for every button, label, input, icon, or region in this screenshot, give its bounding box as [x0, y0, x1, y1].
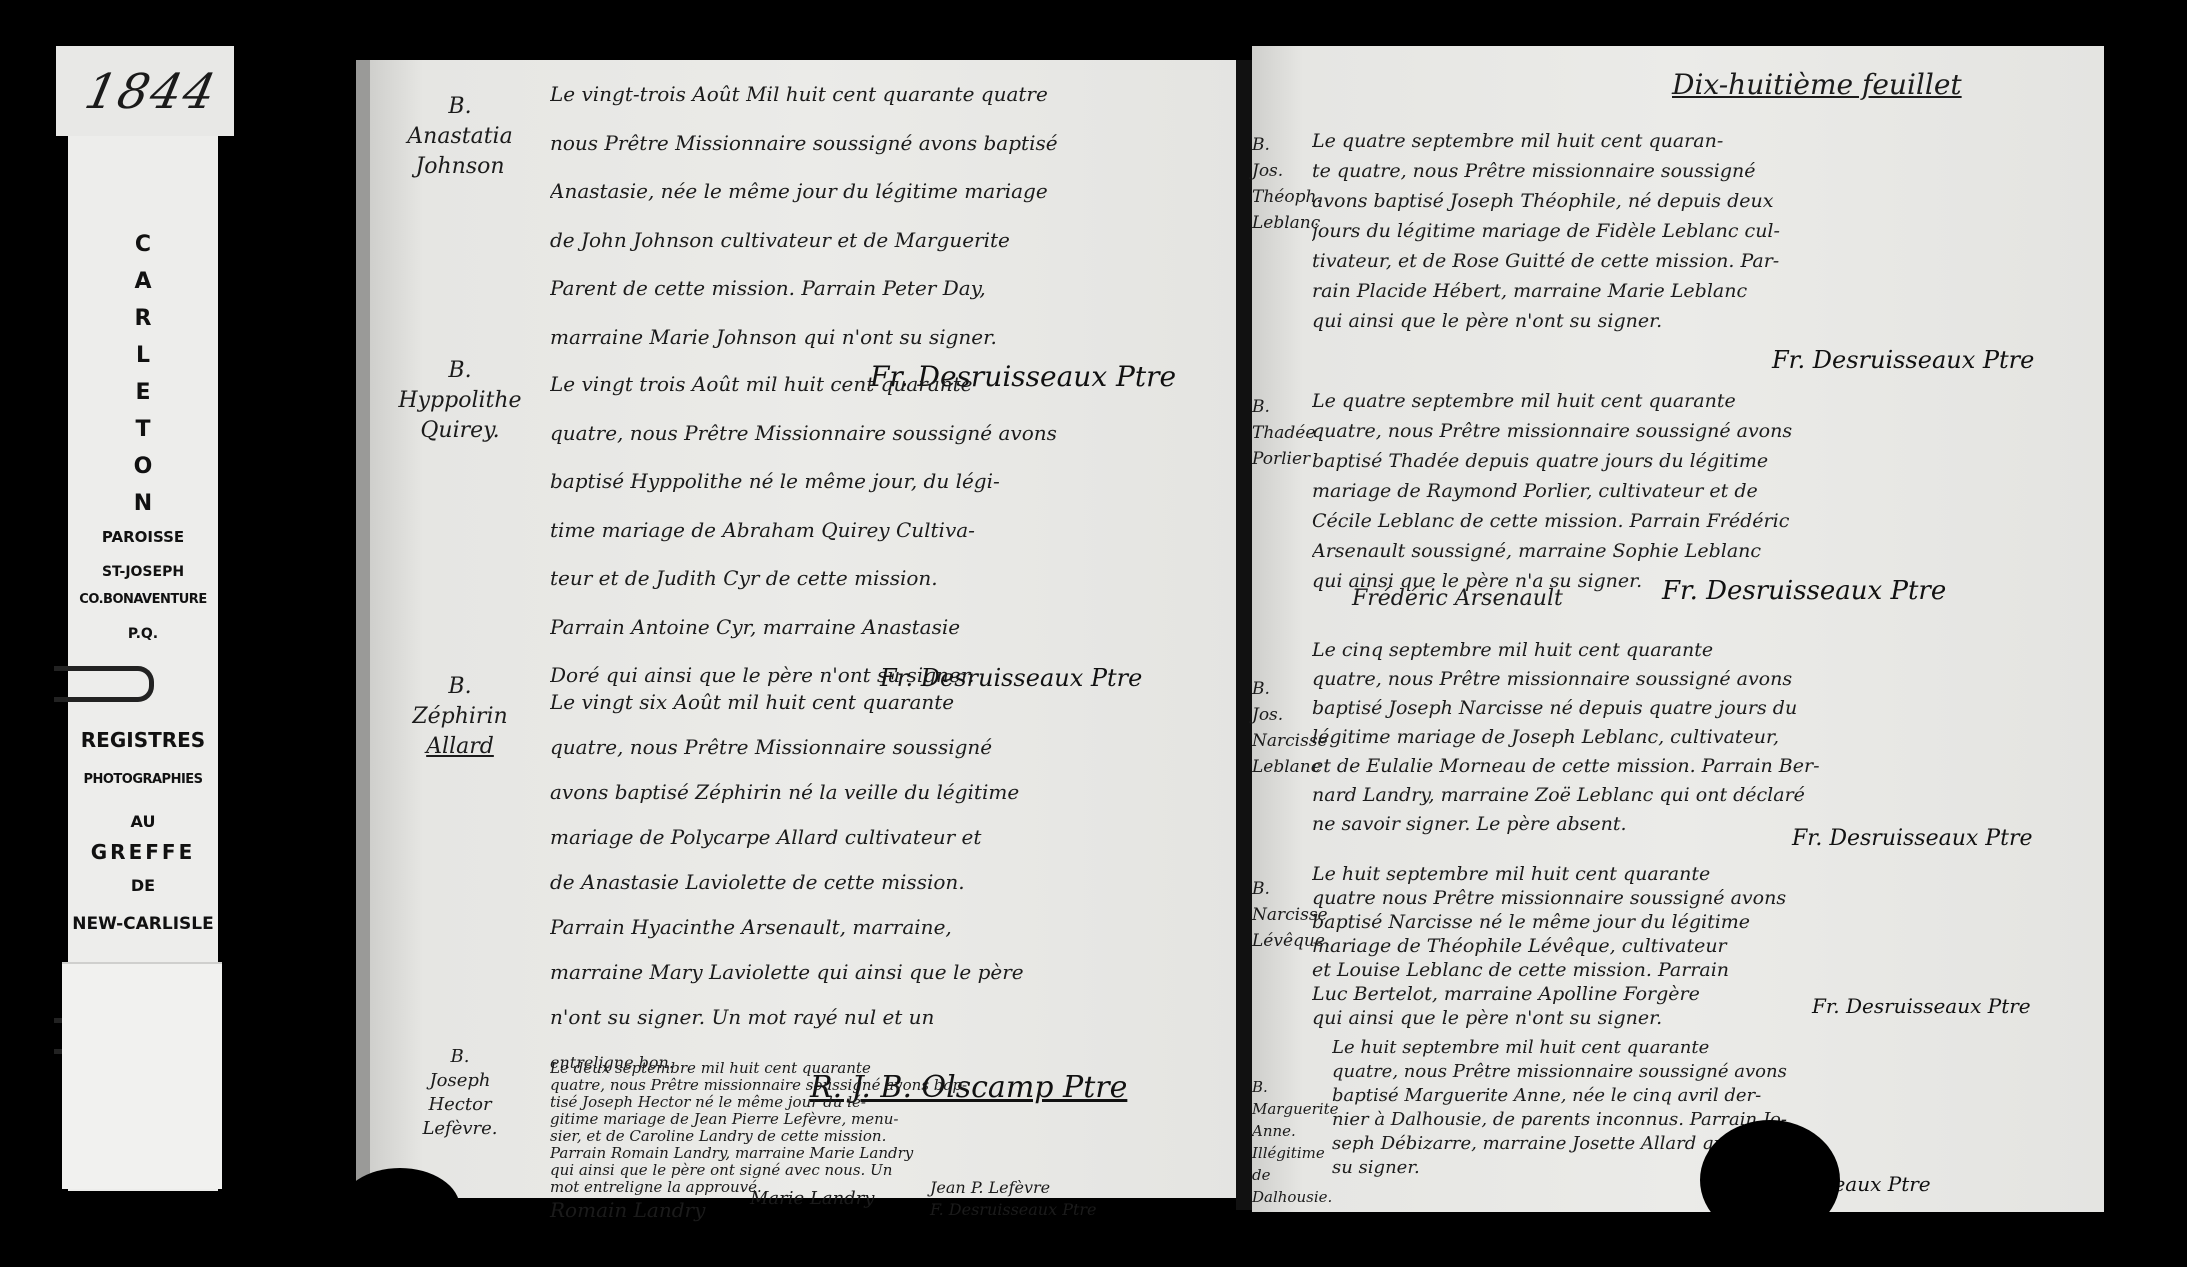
entry-line: nard Landry, marraine Zoë Leblanc qui on… — [1312, 781, 2092, 810]
baptism-mark: B. — [390, 672, 530, 702]
godparent-signature: Romain Landry — [550, 1198, 705, 1222]
location-letter: A — [134, 263, 151, 300]
entry-line: baptisé Joseph Narcisse né depuis quatre… — [1312, 694, 2092, 723]
entry-line: et Louise Leblanc de cette mission. Parr… — [1312, 958, 2092, 982]
entry-line: rain Placide Hébert, marraine Marie Lebl… — [1312, 276, 2092, 306]
registry-location: NEW-CARLISLE — [68, 914, 218, 934]
entry-line: avons baptisé Joseph Théophile, né depui… — [1312, 186, 2092, 216]
baptism-entry: Le vingt trois Août mil huit cent quaran… — [550, 360, 1230, 700]
entry-line: nous Prêtre Missionnaire soussigné avons… — [550, 119, 1230, 168]
entry-line: Le vingt six Août mil huit cent quarante — [550, 680, 1230, 725]
entry-line: tivateur, et de Rose Guitté de cette mis… — [1312, 246, 2092, 276]
baptism-entry: Le quatre septembre mil huit cent quaran… — [1312, 126, 2092, 336]
child-surname: Quirey. — [390, 416, 530, 446]
baptism-mark: B. — [390, 92, 530, 122]
entry-line: teur et de Judith Cyr de cette mission. — [550, 554, 1230, 603]
child-first-name: Marguerite — [1252, 1098, 1332, 1120]
entry-line: Arsenault soussigné, marraine Sophie Leb… — [1312, 536, 2092, 566]
county-name: CO.BONAVENTURE — [68, 592, 218, 607]
baptism-entry: Le quatre septembre mil huit cent quaran… — [1312, 386, 2092, 596]
location-letter: T — [135, 411, 150, 448]
child-middle-name: Hector — [390, 1093, 530, 1117]
entry-line: mot entreligne la approuvé. — [550, 1179, 1230, 1196]
entry-line: quatre, nous Prêtre missionnaire soussig… — [1312, 416, 2092, 446]
child-first-name: Joseph — [390, 1069, 530, 1093]
entry-margin-note: B. Zéphirin Allard — [390, 672, 530, 762]
entry-line: et de Eulalie Morneau de cette mission. … — [1312, 752, 2092, 781]
child-surname: Johnson — [390, 152, 530, 182]
thumb-shadow — [340, 1168, 460, 1248]
year-label: 1844 — [80, 64, 222, 120]
location-letter: N — [134, 485, 152, 522]
year-label-tab: 1844 — [56, 46, 234, 136]
priest-signature: Fr. Desruisseaux Ptre — [1772, 346, 2034, 374]
priest-signature: Fr. Desruisseaux Ptre — [1792, 826, 2033, 851]
thumb-shadow — [1700, 1120, 1840, 1240]
child-first-name: Anastatia — [390, 122, 530, 152]
book-gutter — [1236, 60, 1252, 1210]
entry-line: Le quatre septembre mil huit cent quaran… — [1312, 126, 2092, 156]
parish-label: PAROISSE — [68, 528, 218, 546]
province-abbrev: P.Q. — [68, 626, 218, 642]
godparent-signature: Frédéric Arsenault — [1352, 586, 1563, 611]
father-signature: Jean P. Lefèvre — [930, 1178, 1050, 1197]
entry-line: mariage de Théophile Lévêque, cultivateu… — [1312, 934, 2092, 958]
baptism-mark: B. — [390, 1045, 530, 1069]
entry-line: quatre, nous Prêtre missionnaire soussig… — [550, 1077, 1230, 1094]
entry-line: quatre, nous Prêtre Missionnaire soussig… — [550, 409, 1230, 458]
origin-note: de Dalhousie. — [1252, 1164, 1332, 1208]
entry-line: marraine Marie Johnson qui n'ont su sign… — [550, 313, 1230, 362]
entry-margin-note: B. Marguerite Anne. Illégitime de Dalhou… — [1252, 1076, 1332, 1208]
entry-margin-note: B. Hyppolithe Quirey. — [390, 356, 530, 446]
entry-line: mariage de Polycarpe Allard cultivateur … — [550, 815, 1230, 860]
child-first-name: Hyppolithe — [390, 386, 530, 416]
entry-line: Le huit septembre mil huit cent quarante — [1332, 1036, 2092, 1060]
entry-line: Le cinq septembre mil huit cent quarante — [1312, 636, 2092, 665]
child-first-name: Zéphirin — [390, 702, 530, 732]
entry-line: sier, et de Caroline Landry de cette mis… — [550, 1128, 1230, 1145]
entry-line: Anastasie, née le même jour du légitime … — [550, 167, 1230, 216]
child-middle-name: Anne. — [1252, 1120, 1332, 1142]
entry-line: de John Johnson cultivateur et de Margue… — [550, 216, 1230, 265]
registry-word-au: AU — [68, 812, 218, 831]
paper-clip-icon — [54, 666, 154, 702]
entry-line: baptisé Marguerite Anne, née le cinq avr… — [1332, 1084, 2092, 1108]
entry-line: Le vingt trois Août mil huit cent quaran… — [550, 360, 1230, 409]
entry-line: te quatre, nous Prêtre missionnaire sous… — [1312, 156, 2092, 186]
legitimacy-note: Illégitime — [1252, 1142, 1332, 1164]
entry-line: quatre nous Prêtre missionnaire soussign… — [1312, 886, 2092, 910]
entry-line: Parrain Hyacinthe Arsenault, marraine, — [550, 905, 1230, 950]
parish-name: ST-JOSEPH — [68, 564, 218, 580]
entry-line: avons baptisé Zéphirin né la veille du l… — [550, 770, 1230, 815]
entry-line: Le quatre septembre mil huit cent quaran… — [1312, 386, 2092, 416]
entry-line: quatre, nous Prêtre missionnaire soussig… — [1332, 1060, 2092, 1084]
registry-subtitle: PHOTOGRAPHIES — [68, 772, 218, 787]
entry-line: Parent de cette mission. Parrain Peter D… — [550, 264, 1230, 313]
priest-signature: Fr. Desruisseaux Ptre — [1662, 576, 1946, 606]
entry-line: quatre, nous Prêtre Missionnaire soussig… — [550, 725, 1230, 770]
location-letter: C — [135, 226, 151, 263]
entry-line: Cécile Leblanc de cette mission. Parrain… — [1312, 506, 2092, 536]
location-vertical-label: C A R L E T O N — [68, 226, 218, 522]
left-page: B. Anastatia Johnson Le vingt-trois Août… — [356, 60, 1256, 1198]
baptism-entry: Le vingt six Août mil huit cent quarante… — [550, 680, 1230, 1085]
entry-line: mariage de Raymond Porlier, cultivateur … — [1312, 476, 2092, 506]
location-letter: E — [135, 374, 150, 411]
entry-line: Parrain Antoine Cyr, marraine Anastasie — [550, 603, 1230, 652]
label-strip-bottom-tab — [62, 962, 222, 1189]
priest-signature: Fr. Desruisseaux Ptre — [1812, 994, 2031, 1018]
entry-line: gitime mariage de Jean Pierre Lefèvre, m… — [550, 1111, 1230, 1128]
godparent-signature: Marie Landry — [750, 1188, 874, 1209]
location-letter: O — [134, 448, 153, 485]
entry-line: baptisé Thadée depuis quatre jours du lé… — [1312, 446, 2092, 476]
entry-line: qui ainsi que le père ont signé avec nou… — [550, 1162, 1230, 1179]
baptism-entry: Le cinq septembre mil huit cent quarante… — [1312, 636, 2092, 839]
entry-line: tisé Joseph Hector né le même jour du lé… — [550, 1094, 1230, 1111]
baptism-entry: Le deux septembre mil huit cent quarante… — [550, 1060, 1230, 1196]
entry-line: time mariage de Abraham Quirey Cultiva- — [550, 506, 1230, 555]
registry-word-de: DE — [68, 876, 218, 895]
entry-line: Le deux septembre mil huit cent quarante — [550, 1060, 1230, 1077]
entry-line: de Anastasie Laviolette de cette mission… — [550, 860, 1230, 905]
entry-line: n'ont su signer. Un mot rayé nul et un — [550, 995, 1230, 1040]
registry-word-greffe: GREFFE — [68, 840, 218, 864]
entry-line: Le huit septembre mil huit cent quarante — [1312, 862, 2092, 886]
child-surname: Lefèvre. — [390, 1117, 530, 1141]
registry-title: REGISTRES — [68, 728, 218, 752]
location-letter: R — [135, 300, 152, 337]
entry-margin-note: B. Joseph Hector Lefèvre. — [390, 1045, 530, 1141]
entry-line: marraine Mary Laviolette qui ainsi que l… — [550, 950, 1230, 995]
entry-line: qui ainsi que le père n'ont su signer. — [1312, 306, 2092, 336]
entry-line: quatre, nous Prêtre missionnaire soussig… — [1312, 665, 2092, 694]
entry-line: Parrain Romain Landry, marraine Marie La… — [550, 1145, 1230, 1162]
baptism-entry: Le vingt-trois Août Mil huit cent quaran… — [550, 70, 1230, 361]
location-letter: L — [136, 337, 150, 374]
entry-line: Le vingt-trois Août Mil huit cent quaran… — [550, 70, 1230, 119]
right-page: Dix-huitième feuillet B. Jos. Théoph. Le… — [1252, 46, 2104, 1212]
entry-line: légitime mariage de Joseph Leblanc, cult… — [1312, 723, 2092, 752]
entry-line: baptisé Hyppolithe né le même jour, du l… — [550, 457, 1230, 506]
entry-line: jours du légitime mariage de Fidèle Lebl… — [1312, 216, 2092, 246]
baptism-mark: B. — [1252, 1076, 1332, 1098]
entry-line: nier à Dalhousie, de parents inconnus. P… — [1332, 1108, 2092, 1132]
entry-line: baptisé Narcisse né le même jour du légi… — [1312, 910, 2092, 934]
folio-header: Dix-huitième feuillet — [1672, 68, 1962, 101]
priest-signature: F. Desruisseaux Ptre — [930, 1200, 1097, 1219]
entry-margin-note: B. Anastatia Johnson — [390, 92, 530, 182]
child-surname: Allard — [390, 732, 530, 762]
baptism-mark: B. — [390, 356, 530, 386]
